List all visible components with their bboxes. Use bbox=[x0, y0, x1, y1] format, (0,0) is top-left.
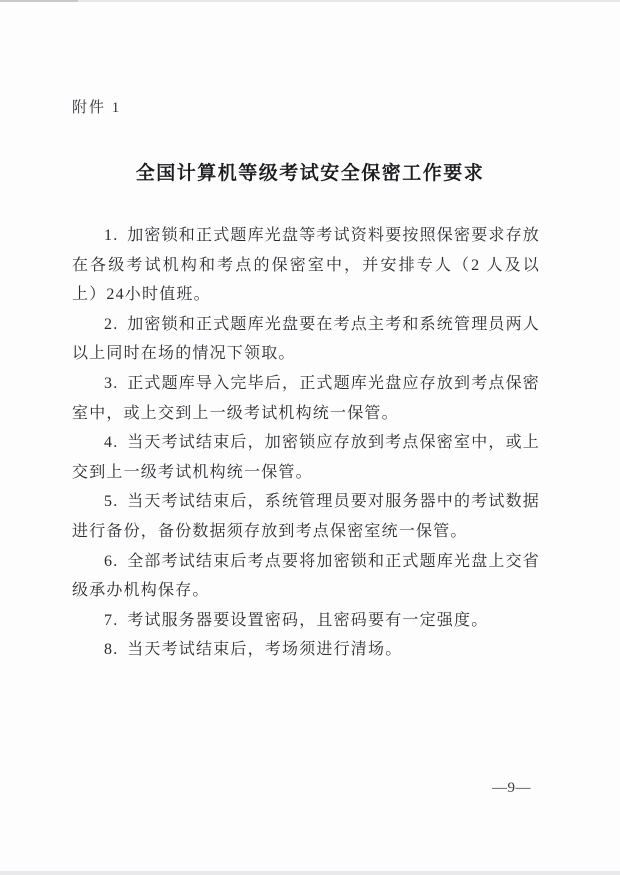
item-text: 考试服务器要设置密码，且密码要有一定强度。 bbox=[127, 612, 488, 629]
item-number: 6. bbox=[104, 553, 118, 570]
item-text: 正式题库导入完毕后，正式题库光盘应存放到考点保密室中，或上交到上一级考试机构统一… bbox=[72, 375, 540, 422]
scan-artifact-top bbox=[0, 0, 620, 2]
list-item: 3.正式题库导入完毕后，正式题库光盘应存放到考点保密室中，或上交到上一级考试机构… bbox=[72, 369, 540, 428]
item-text: 加密锁和正式题库光盘要在考点主考和系统管理员两人以上同时在场的情况下领取。 bbox=[72, 316, 540, 363]
list-item: 1.加密锁和正式题库光盘等考试资料要按照保密要求存放在各级考试机构和考点的保密室… bbox=[72, 221, 540, 310]
item-text: 当天考试结束后，加密锁应存放到考点保密室中，或上交到上一级考试机构统一保管。 bbox=[72, 434, 540, 481]
scan-artifact-bottom bbox=[0, 871, 620, 875]
item-text: 全部考试结束后考点要将加密锁和正式题库光盘上交省级承办机构保存。 bbox=[72, 553, 540, 600]
list-item: 6.全部考试结束后考点要将加密锁和正式题库光盘上交省级承办机构保存。 bbox=[72, 547, 540, 606]
attachment-label: 附件 1 bbox=[72, 96, 121, 117]
item-number: 3. bbox=[104, 375, 118, 392]
item-number: 7. bbox=[104, 612, 118, 629]
item-text: 当天考试结束后，考场须进行清场。 bbox=[127, 641, 402, 658]
document-body: 1.加密锁和正式题库光盘等考试资料要按照保密要求存放在各级考试机构和考点的保密室… bbox=[72, 221, 540, 665]
page-title: 全国计算机等级考试安全保密工作要求 bbox=[0, 158, 620, 185]
item-number: 5. bbox=[104, 493, 118, 510]
item-number: 4. bbox=[104, 434, 118, 451]
document-page: 附件 1 全国计算机等级考试安全保密工作要求 1.加密锁和正式题库光盘等考试资料… bbox=[0, 0, 620, 875]
item-text: 加密锁和正式题库光盘等考试资料要按照保密要求存放在各级考试机构和考点的保密室中，… bbox=[72, 227, 540, 303]
list-item: 4.当天考试结束后，加密锁应存放到考点保密室中，或上交到上一级考试机构统一保管。 bbox=[72, 428, 540, 487]
item-text: 当天考试结束后，系统管理员要对服务器中的考试数据进行备份，备份数据须存放到考点保… bbox=[72, 493, 540, 540]
list-item: 5.当天考试结束后，系统管理员要对服务器中的考试数据进行备份，备份数据须存放到考… bbox=[72, 487, 540, 546]
page-number: —9— bbox=[492, 780, 531, 797]
list-item: 2.加密锁和正式题库光盘要在考点主考和系统管理员两人以上同时在场的情况下领取。 bbox=[72, 310, 540, 369]
scan-artifact-top-dark bbox=[0, 0, 78, 2]
item-number: 2. bbox=[104, 316, 118, 333]
list-item: 8.当天考试结束后，考场须进行清场。 bbox=[72, 635, 540, 665]
item-number: 8. bbox=[104, 641, 118, 658]
list-item: 7.考试服务器要设置密码，且密码要有一定强度。 bbox=[72, 606, 540, 636]
item-number: 1. bbox=[104, 227, 118, 244]
